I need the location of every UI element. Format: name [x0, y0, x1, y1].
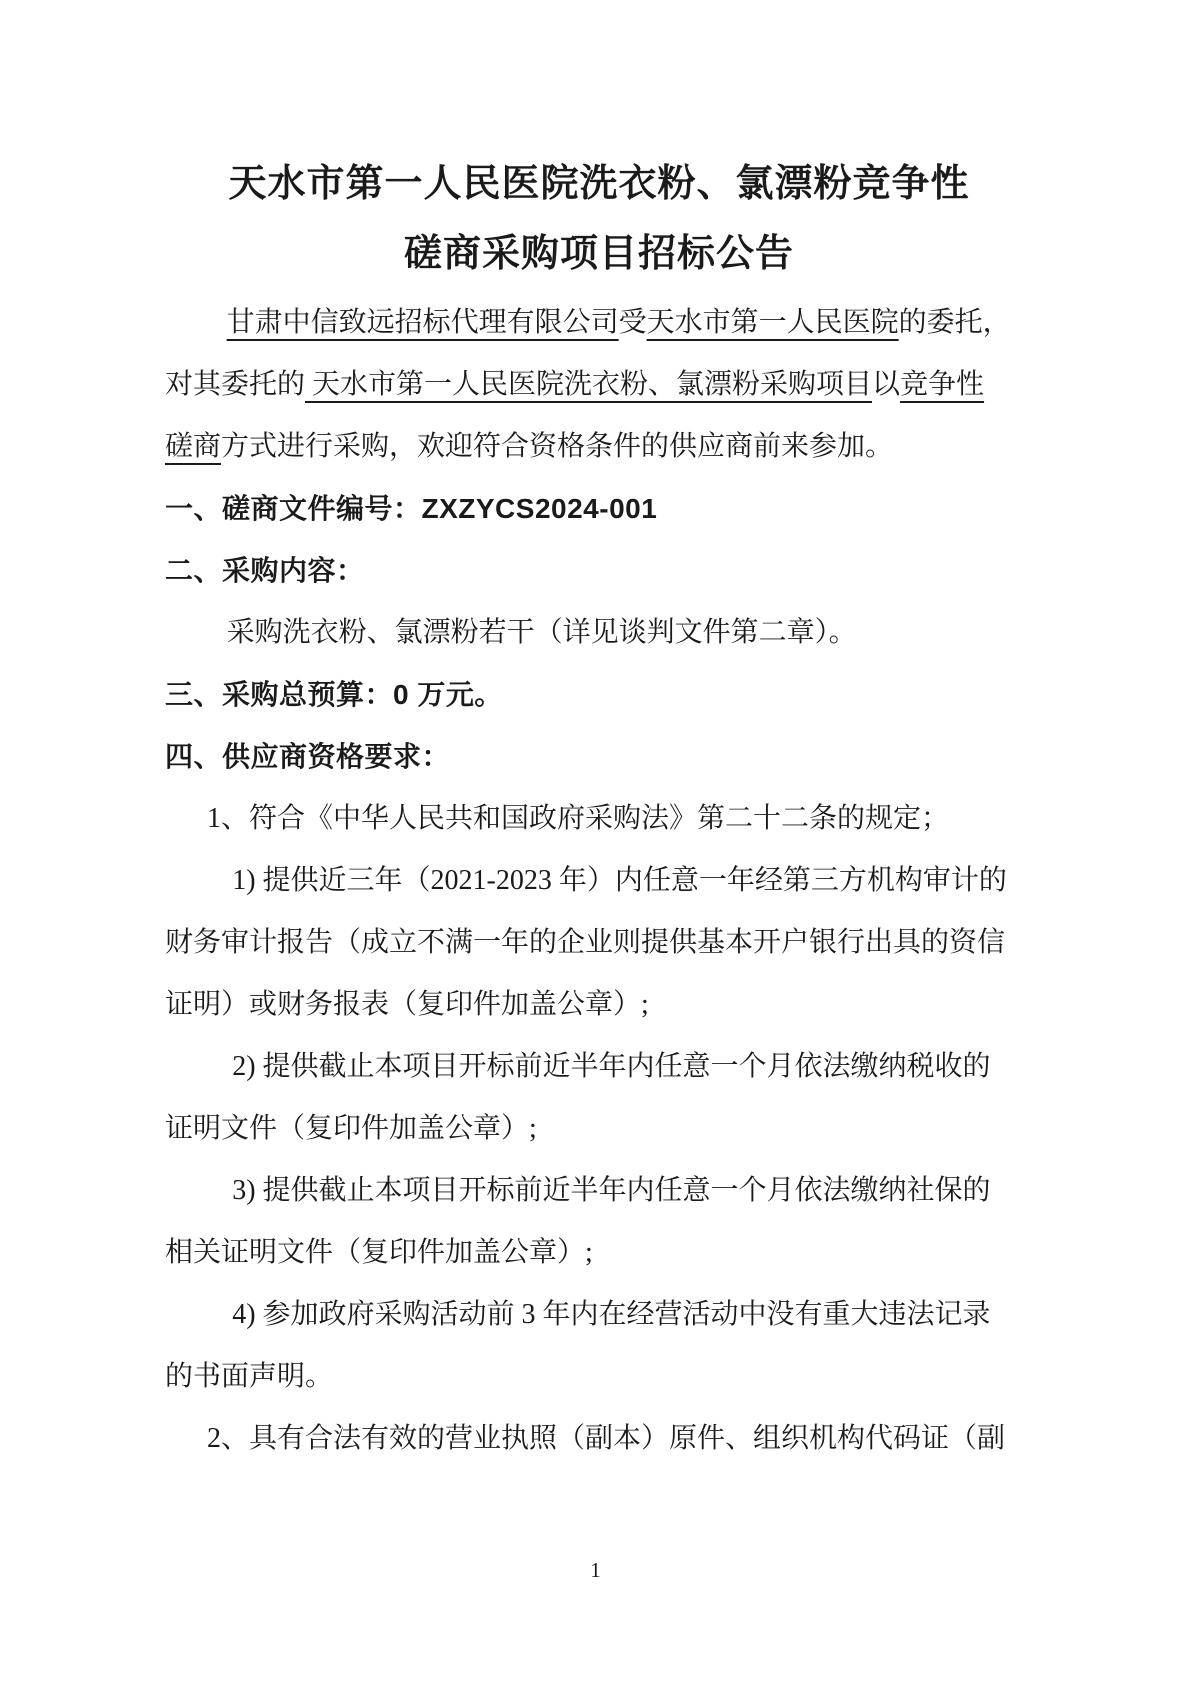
text-line: 2) 提供截止本项目开标前近半年内任意一个月依法缴纳税收的: [165, 1036, 1033, 1098]
text-segment: 二、采购内容：: [165, 555, 365, 586]
document-title-line-2: 磋商采购项目招标公告: [165, 219, 1033, 289]
text-line: 证明）或财务报表（复印件加盖公章）;: [165, 974, 1033, 1036]
text-segment: 方式进行采购，欢迎符合资格条件的供应商前来参加。: [221, 431, 893, 462]
text-segment: 2) 提供截止本项目开标前近半年内任意一个月依法缴纳税收的: [232, 1051, 990, 1082]
document-title: 天水市第一人民医院洗衣粉、氯漂粉竞争性 磋商采购项目招标公告: [165, 149, 1033, 289]
text-segment: 证明）或财务报表（复印件加盖公章）;: [165, 989, 649, 1020]
underlined-text-segment: 天水市第一人民医院: [647, 307, 899, 338]
document-content: 天水市第一人民医院洗衣粉、氯漂粉竞争性 磋商采购项目招标公告 甘肃中信致远招标代…: [165, 149, 1033, 1470]
text-segment: 一、磋商文件编号：ZXZYCS2024-001: [165, 493, 657, 524]
text-segment: 三、采购总预算：0 万元。: [165, 679, 503, 710]
underlined-text-segment: 竞争性: [900, 369, 984, 400]
text-segment: 1) 提供近三年（2021-2023 年）内任意一年经第三方机构审计的: [232, 865, 1007, 896]
document-page: 天水市第一人民医院洗衣粉、氯漂粉竞争性 磋商采购项目招标公告 甘肃中信致远招标代…: [0, 0, 1191, 1684]
text-segment: 财务审计报告（成立不满一年的企业则提供基本开户银行出具的资信: [165, 927, 1005, 958]
text-segment: 受: [619, 307, 647, 338]
text-segment: 4) 参加政府采购活动前 3 年内在经营活动中没有重大违法记录: [232, 1299, 990, 1330]
text-segment: 的书面声明。: [165, 1361, 333, 1392]
underlined-text-segment: 天水市第一人民医院洗衣粉、氯漂粉采购项目: [305, 369, 872, 400]
text-line: 财务审计报告（成立不满一年的企业则提供基本开户银行出具的资信: [165, 912, 1033, 974]
text-line: 采购洗衣粉、氯漂粉若干（详见谈判文件第二章）。: [165, 602, 1033, 664]
text-line: 磋商方式进行采购，欢迎符合资格条件的供应商前来参加。: [165, 416, 1033, 478]
text-line: 1、符合《中华人民共和国政府采购法》第二十二条的规定；: [165, 788, 1033, 850]
text-line: 对其委托的 天水市第一人民医院洗衣粉、氯漂粉采购项目以竞争性: [165, 354, 1033, 416]
text-line: 甘肃中信致远招标代理有限公司受天水市第一人民医院的委托，: [165, 292, 1033, 354]
text-line: 1) 提供近三年（2021-2023 年）内任意一年经第三方机构审计的: [165, 850, 1033, 912]
text-line: 二、采购内容：: [165, 540, 1033, 602]
text-line: 2、具有合法有效的营业执照（副本）原件、组织机构代码证（副: [165, 1408, 1033, 1470]
text-line: 一、磋商文件编号：ZXZYCS2024-001: [165, 478, 1033, 540]
text-line: 三、采购总预算：0 万元。: [165, 664, 1033, 726]
text-segment: 2、具有合法有效的营业执照（副本）原件、组织机构代码证（副: [207, 1423, 1005, 1454]
page-footer: 1: [0, 1558, 1191, 1583]
text-line: 证明文件（复印件加盖公章）;: [165, 1098, 1033, 1160]
underlined-text-segment: 磋商: [165, 431, 221, 462]
text-line: 相关证明文件（复印件加盖公章）;: [165, 1222, 1033, 1284]
text-segment: 以: [872, 369, 900, 400]
text-segment: 采购洗衣粉、氯漂粉若干（详见谈判文件第二章）。: [227, 617, 857, 648]
text-segment: 四、供应商资格要求：: [165, 741, 450, 772]
text-line: 的书面声明。: [165, 1346, 1033, 1408]
document-body: 甘肃中信致远招标代理有限公司受天水市第一人民医院的委托，对其委托的 天水市第一人…: [165, 292, 1033, 1470]
text-line: 4) 参加政府采购活动前 3 年内在经营活动中没有重大违法记录: [165, 1284, 1033, 1346]
text-segment: 的委托，: [899, 307, 1011, 338]
text-segment: 1、符合《中华人民共和国政府采购法》第二十二条的规定；: [207, 803, 949, 834]
text-line: 四、供应商资格要求：: [165, 726, 1033, 788]
text-segment: 证明文件（复印件加盖公章）;: [165, 1113, 537, 1144]
text-segment: 3) 提供截止本项目开标前近半年内任意一个月依法缴纳社保的: [232, 1175, 990, 1206]
page-number: 1: [590, 1558, 601, 1582]
document-title-line-1: 天水市第一人民医院洗衣粉、氯漂粉竞争性: [165, 149, 1033, 219]
text-segment: 相关证明文件（复印件加盖公章）;: [165, 1237, 593, 1268]
underlined-text-segment: 甘肃中信致远招标代理有限公司: [227, 307, 619, 338]
text-line: 3) 提供截止本项目开标前近半年内任意一个月依法缴纳社保的: [165, 1160, 1033, 1222]
text-segment: 对其委托的: [165, 369, 305, 400]
